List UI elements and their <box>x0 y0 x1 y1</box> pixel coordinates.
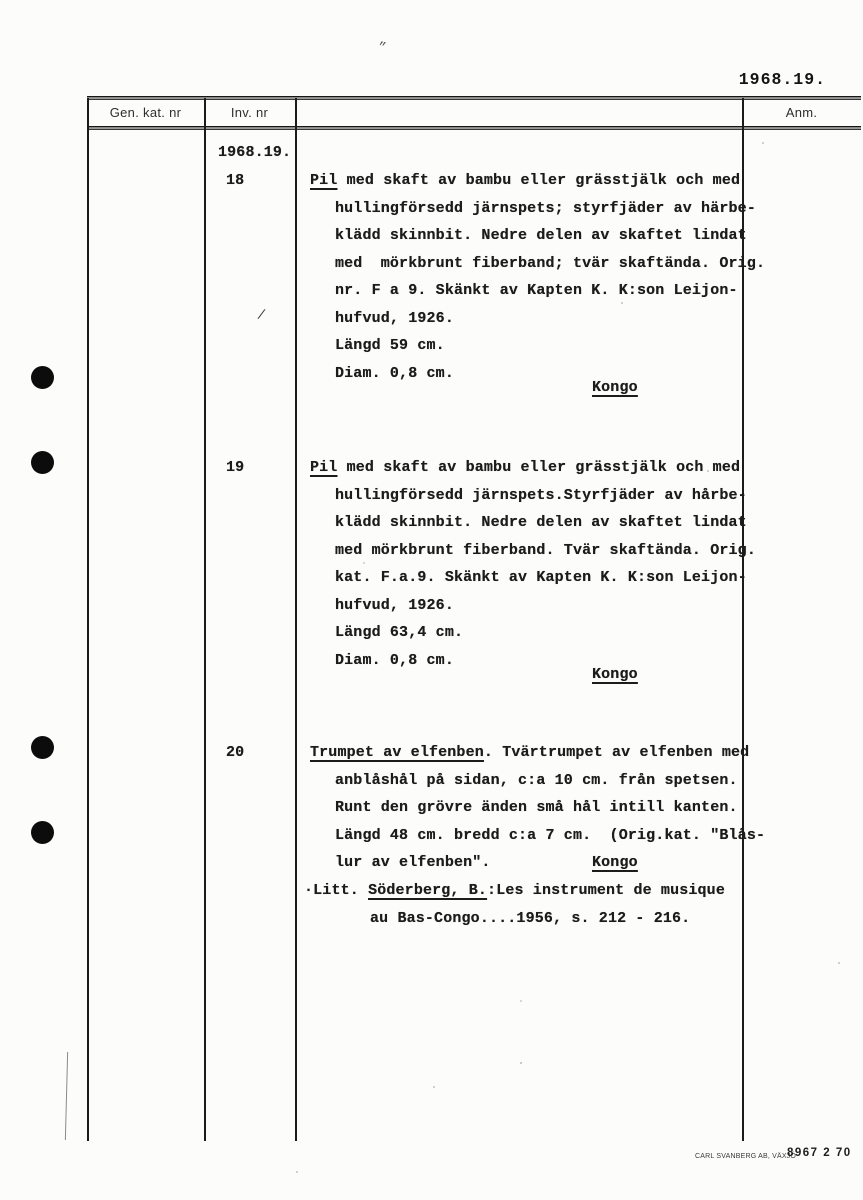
text-line: au Bas-Congo....1956, s. 212 - 216. <box>302 905 772 933</box>
text-segment: anblåshål på sidan, c:a 10 cm. från spet… <box>335 772 738 789</box>
place-row: Kongo <box>302 374 772 402</box>
text-segment: au Bas-Congo....1956, s. 212 - 216. <box>370 910 690 927</box>
column-header-anm: Anm. <box>742 99 861 126</box>
text-line: Trumpet av elfenben. Tvärtrumpet av elfe… <box>302 739 772 767</box>
text-segment: med mörkbrunt fiberband; tvär skaftända.… <box>335 255 765 272</box>
text-line: Längd 48 cm. bredd c:a 7 cm. (Orig.kat. … <box>302 822 772 850</box>
text-line: anblåshål på sidan, c:a 10 cm. från spet… <box>302 767 772 795</box>
text-line: Runt den grövre änden små hål intill kan… <box>302 794 772 822</box>
text-segment: hufvud, 1926. <box>335 310 454 327</box>
text-segment: med skaft av bambu eller grässtjälk och … <box>337 172 740 189</box>
text-segment: Längd 63,4 cm. <box>335 624 463 641</box>
underlined-text: Söderberg, B. <box>368 882 487 899</box>
text-segment: nr. F a 9. Skänkt av Kapten K. K:son Lei… <box>335 282 738 299</box>
column-header-inv-nr: Inv. nr <box>204 99 295 126</box>
text-line: med mörkbrunt fiberband. Tvär skaftända.… <box>302 537 772 565</box>
text-segment: Runt den grövre änden små hål intill kan… <box>335 799 738 816</box>
form-number: 8967 2 70 <box>787 1147 852 1159</box>
text-line: hullingförsedd järnspets.Styrfjäder av h… <box>302 482 772 510</box>
inventory-group-number: 1968.19. <box>218 139 291 167</box>
underlined-text: Pil <box>310 172 337 189</box>
text-segment: Längd 59 cm. <box>335 337 445 354</box>
text-segment: lur av elfenben". <box>335 854 491 871</box>
catalog-entry: 20Trumpet av elfenben. Tvärtrumpet av el… <box>302 739 772 877</box>
table-border-left <box>87 98 89 1141</box>
punch-hole-icon <box>31 451 54 474</box>
column-divider <box>204 98 206 1141</box>
text-segment: kat. F.a.9. Skänkt av Kapten K. K:son Le… <box>335 569 747 586</box>
text-segment: hullingförsedd järnspets; styrfjäder av … <box>335 200 756 217</box>
underlined-text: Pil <box>310 459 337 476</box>
scan-stray-mark: ” <box>377 39 388 55</box>
scan-stray-mark: / <box>256 307 267 324</box>
text-segment: . Tvärtrumpet av elfenben med <box>484 744 749 761</box>
column-header-gen-kat-nr: Gen. kat. nr <box>87 99 204 126</box>
page-reference-number: 1968.19. <box>739 70 826 89</box>
place-row: Kongo <box>302 661 772 689</box>
text-line: nr. F a 9. Skänkt av Kapten K. K:son Lei… <box>302 277 772 305</box>
text-line: ·Litt. Söderberg, B.:Les instrument de m… <box>302 877 772 905</box>
punch-hole-icon <box>31 821 54 844</box>
text-segment: ·Litt. <box>304 882 368 899</box>
text-line: hullingförsedd järnspets; styrfjäder av … <box>302 195 772 223</box>
catalog-entry: 19Pil med skaft av bambu eller grässtjäl… <box>302 454 772 689</box>
text-line: Pil med skaft av bambu eller grässtjälk … <box>302 167 772 195</box>
text-segment: klädd skinnbit. Nedre delen av skaftet l… <box>335 514 747 531</box>
text-segment: hullingförsedd järnspets.Styrfjäder av h… <box>335 487 747 504</box>
inventory-number: 20 <box>226 739 244 767</box>
text-segment: Längd 48 cm. bredd c:a 7 cm. (Orig.kat. … <box>335 827 765 844</box>
text-line: klädd skinnbit. Nedre delen av skaftet l… <box>302 509 772 537</box>
literature-note: ·Litt. Söderberg, B.:Les instrument de m… <box>302 877 772 932</box>
punch-hole-icon <box>31 366 54 389</box>
scan-noise-specks <box>0 0 2 2</box>
text-line: Längd 59 cm. <box>302 332 772 360</box>
text-line: lur av elfenben".Kongo <box>302 849 772 877</box>
text-line: klädd skinnbit. Nedre delen av skaftet l… <box>302 222 772 250</box>
text-segment: hufvud, 1926. <box>335 597 454 614</box>
text-segment: med mörkbrunt fiberband. Tvär skaftända.… <box>335 542 756 559</box>
text-line: hufvud, 1926. <box>302 305 772 333</box>
printer-imprint: CARL SVANBERG AB, VÄXJÖ <box>695 1153 796 1160</box>
inventory-number: 19 <box>226 454 244 482</box>
text-line: Pil med skaft av bambu eller grässtjälk … <box>302 454 772 482</box>
text-line: kat. F.a.9. Skänkt av Kapten K. K:son Le… <box>302 564 772 592</box>
text-line: Längd 63,4 cm. <box>302 619 772 647</box>
punch-hole-icon <box>31 736 54 759</box>
text-segment: med skaft av bambu eller grässtjälk och … <box>337 459 740 476</box>
scan-edge-artifact <box>65 1052 68 1140</box>
place-label: Kongo <box>592 661 638 689</box>
underlined-text: Trumpet av elfenben <box>310 744 484 761</box>
text-line: hufvud, 1926. <box>302 592 772 620</box>
place-label: Kongo <box>592 849 638 877</box>
inventory-number: 18 <box>226 167 244 195</box>
column-divider <box>295 98 297 1141</box>
text-segment: klädd skinnbit. Nedre delen av skaftet l… <box>335 227 747 244</box>
place-label: Kongo <box>592 374 638 402</box>
text-line: med mörkbrunt fiberband; tvär skaftända.… <box>302 250 772 278</box>
catalog-entry: 1968.19.18Pil med skaft av bambu eller g… <box>302 167 772 402</box>
text-segment: :Les instrument de musique <box>487 882 725 899</box>
scanned-catalog-page: ” / 1968.19. Gen. kat. nr Inv. nr Anm. 1… <box>0 0 863 1200</box>
